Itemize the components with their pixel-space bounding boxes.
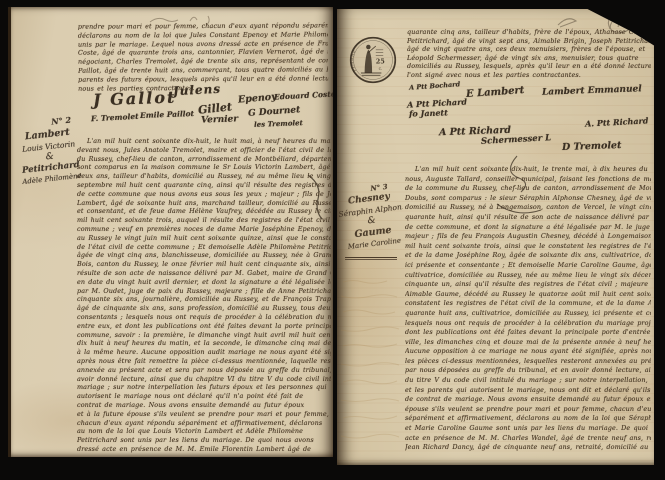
handwritten-line: au Russey le vingt juin mil huit cent so…: [77, 234, 331, 243]
right-top-text-block: quarante cinq ans, tailleur d'habits, fr…: [407, 28, 651, 79]
handwritten-line: avoir donné lecture, ainsi que du chapit…: [77, 375, 331, 384]
handwritten-line: dix huit à neuf heures du matin, et la s…: [77, 339, 331, 348]
right-margin-note: N° 3 Chesney Séraphin Alphonse & Gaume M…: [337, 180, 407, 251]
handwritten-line: nous, Auguste Tallard, conseiller munici…: [405, 175, 651, 185]
handwritten-line: Jean Richard Dancy, âgé de cinquante neu…: [405, 443, 651, 453]
signature: Lambert Emmanuel: [542, 84, 642, 97]
handwritten-line: et de la dame Joséphine Roy, âgée de soi…: [405, 251, 651, 261]
handwritten-line: acte en présence de M. M. Charles Wandel…: [405, 434, 651, 444]
right-page: TIMBRE 25 c. quarante cinq ans, tailleur…: [337, 9, 654, 465]
stamp-unit: c.: [379, 66, 383, 71]
margin-divider-rule: [345, 257, 397, 258]
handwritten-line: commune ; veuf en premières noces de dam…: [77, 225, 331, 234]
signature: J Gallot: [93, 88, 177, 110]
handwritten-line: deux ans, tailleur d'habits, domicilié a…: [77, 172, 331, 181]
handwritten-line: quarante huit, ainsi qu'il résulte de so…: [405, 213, 651, 223]
handwritten-line: ici présente et consentante ; Et demoise…: [405, 261, 651, 271]
stamp-value: 25: [376, 58, 386, 66]
handwritten-line: cultivatrice, domiciliée au Russey, née …: [405, 271, 651, 281]
handwritten-line: âgée de vingt cinq ans, blanchisseuse, d…: [77, 251, 331, 260]
handwritten-line: séparément et affirmativement, déclarons…: [405, 414, 651, 424]
handwritten-line: par M. Oudet, juge de paix du Russey, ma…: [77, 287, 331, 296]
handwritten-line: autorisent le mariage nous ont déclaré q…: [77, 392, 331, 401]
right-act-body: L'an mil huit cent soixante dix-huit, le…: [405, 165, 651, 453]
handwritten-line: à la même heure. Aucune opposition audit…: [77, 348, 331, 357]
handwritten-line: et consentant, et de feue dame Hélène Va…: [77, 207, 331, 216]
handwritten-line: et Marie Caroline Gaume sont unis par le…: [405, 424, 651, 434]
handwritten-line: âgé de cinquante six ans, sans professio…: [77, 304, 331, 313]
signature: Julens: [173, 82, 222, 98]
left-page: prendre pour mari et pour femme, chacun …: [8, 7, 333, 457]
signature: A Ptt Bochard: [409, 80, 461, 92]
handwritten-line: Lambert, âgé de soixante huit ans, march…: [77, 199, 331, 208]
handwritten-line: de l'état civil de cette commune ; Et de…: [77, 243, 331, 252]
handwritten-line: Léopold Schermesser, âgé de vingt six an…: [407, 54, 651, 63]
handwritten-line: âgé de vingt quatre ans, ces deux menuis…: [407, 45, 651, 54]
handwritten-line: et les parents qui autorisent le mariage…: [405, 386, 651, 396]
signature: Vernier: [201, 114, 238, 125]
handwritten-line: domicilié au Russey, né à Longemaison, c…: [405, 203, 651, 213]
handwritten-line: sont comparus en la maison commune le Sr…: [77, 163, 331, 172]
handwritten-line: par nous déposées au greffe du tribunal,…: [405, 366, 651, 376]
handwritten-line: épouse s'ils veulent se prendre pour mar…: [405, 405, 651, 415]
right-signatures-zone: A Ptt Bochard E Lambert Lambert Emmanuel…: [337, 79, 654, 169]
handwritten-line: contrat de mariage. Nous avons ensuite d…: [77, 401, 331, 410]
left-margin-note: N° 2 Lambert Louis Victorin & Petitricha…: [13, 114, 86, 187]
handwritten-line: de contrat de mariage. Nous avons ensuit…: [405, 395, 651, 405]
ink-show-through: [339, 274, 401, 454]
handwritten-line: majeur ; fils de feu François Augustin C…: [405, 232, 651, 242]
handwritten-line: Aimable Gaume, décédé au Russey le quato…: [405, 290, 651, 300]
handwritten-line: après nous être fait remettre la pièce c…: [77, 357, 331, 366]
signature: F. Tremolet: [91, 112, 139, 123]
handwritten-line: Bois, canton du Russey, le onze février …: [77, 260, 331, 269]
handwritten-line: constatent les registres de l'état civil…: [405, 299, 651, 309]
handwritten-line: commune, savoir : la première, le dimanc…: [77, 331, 331, 340]
signature: D Tremolet: [562, 140, 622, 153]
handwritten-line: du titre V du code civil intitulé du mar…: [405, 376, 651, 386]
handwritten-line: consentants ; lesquels nous ont requis d…: [77, 313, 331, 322]
signature: E Lambert: [466, 85, 525, 100]
handwritten-line: ville, les dimanches cinq et douze mai d…: [405, 338, 651, 348]
left-act-body: L'an mil huit cent soixante dix-huit, le…: [77, 137, 331, 454]
signature: Epenoy: [238, 91, 278, 105]
handwritten-line: chacun d'eux ayant répondu séparément et…: [77, 419, 331, 428]
handwritten-line: mariage ; sur notre interpellation les f…: [77, 383, 331, 392]
signature: fo Janett: [409, 107, 448, 118]
handwritten-line: de cette commune, et dont la signature a…: [405, 223, 651, 233]
handwritten-line: en date du vingt huit avril dernier, et …: [77, 278, 331, 287]
handwritten-line: septembre mil huit cent quarante cinq, a…: [77, 181, 331, 190]
handwritten-line: au nom de la loi que Louis Victorin Lamb…: [77, 427, 331, 436]
handwritten-line: quarante huit ans, cultivatrice, domicil…: [405, 309, 651, 319]
handwritten-line: du Russey, chef-lieu de canton, arrondis…: [77, 155, 331, 164]
signature: Emile Paillot: [140, 109, 194, 120]
handwritten-line: entre eux, et dont les publications ont …: [77, 322, 331, 331]
handwritten-line: quarante cinq ans, tailleur d'habits, fr…: [407, 28, 651, 37]
handwritten-line: cinquante un, ainsi qu'il résulte des re…: [405, 280, 651, 290]
handwritten-line: Petitrichard, âgé de vingt sept ans, Aim…: [407, 37, 651, 46]
signature: les Tremolet: [254, 118, 303, 129]
signature: A. Ptt Richard: [585, 115, 649, 128]
handwritten-line: mil huit cent soixante trois, ainsi que …: [405, 242, 651, 252]
handwritten-line: annexée au présent acte et sera par nous…: [77, 366, 331, 375]
handwritten-line: Petitrichard sont unis par les liens du …: [77, 436, 331, 445]
handwritten-line: résulte de son acte de naissance délivré…: [77, 269, 331, 278]
scanned-register-spread: prendre pour mari et pour femme, chacun …: [0, 0, 665, 480]
handwritten-line: de cette commune que nous avons eus sous…: [77, 190, 331, 199]
handwritten-line: cinquante six ans, journalière, domicili…: [77, 295, 331, 304]
handwritten-line: L'an mil huit cent soixante dix-huit, le…: [405, 165, 651, 175]
handwritten-line: lesquels nous ont requis de procéder à l…: [405, 319, 651, 329]
handwritten-line: les pièces ci-dessus mentionnées, lesque…: [405, 357, 651, 367]
handwritten-line: de la commune du Russey, chef-lieu de ca…: [405, 184, 651, 194]
signature: Edouard Coste: [274, 89, 333, 101]
handwritten-line: Aucune opposition à ce mariage ne nous a…: [405, 347, 651, 357]
signature: G Dournet: [248, 105, 301, 119]
handwritten-line: devant nous, Jules Anatole Tremolet, mai…: [77, 146, 331, 155]
handwritten-line: dont les publications ont été faites dev…: [405, 328, 651, 338]
handwritten-line: L'an mil huit cent soixante dix-huit, le…: [77, 137, 331, 146]
handwritten-line: mil huit cent soixante trois, auquel il …: [77, 216, 331, 225]
handwritten-line: et à la future épouse s'ils veulent se p…: [77, 410, 331, 419]
handwritten-line: domiciliés au Russey, lesquels, après qu…: [407, 62, 651, 71]
handwritten-line: Doubs, sont comparus : le sieur Séraphin…: [405, 194, 651, 204]
handwritten-line: l'ont signé avec nous et les parties con…: [407, 71, 651, 80]
handwritten-line: dressé acte en présence de M. M. Emile F…: [77, 445, 331, 454]
